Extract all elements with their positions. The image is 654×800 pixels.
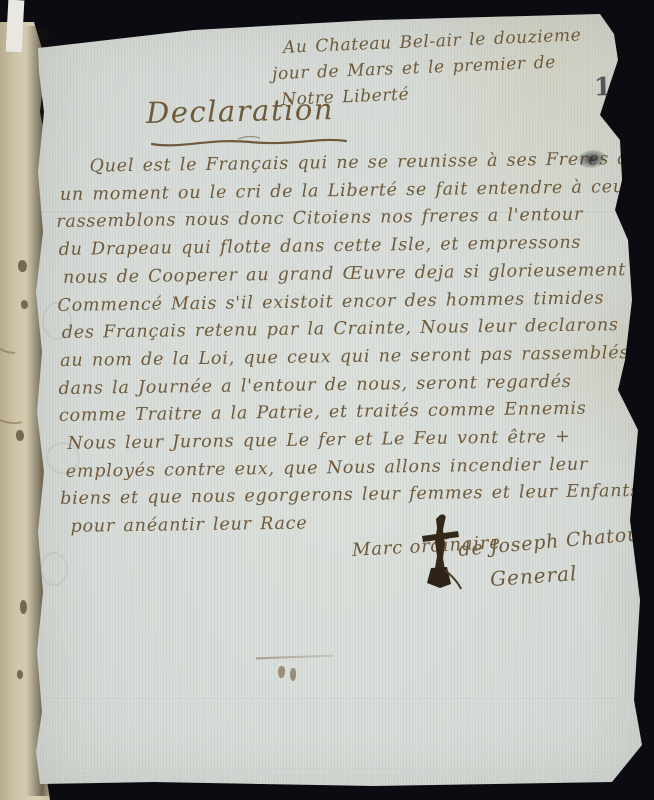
manuscript-scan: Au Chateau Bel-air le douzieme jour de M… bbox=[0, 0, 654, 800]
faded-ink-mark bbox=[256, 655, 334, 660]
faded-ink-dot bbox=[278, 666, 285, 678]
fold-line bbox=[34, 698, 644, 700]
signature-cross-mark-icon bbox=[418, 512, 462, 590]
bleed-through-mark bbox=[40, 552, 68, 586]
document-title: Declaration bbox=[146, 92, 335, 130]
title-underline-flourish bbox=[150, 134, 350, 150]
faded-ink-dot bbox=[290, 668, 296, 681]
manuscript-page: Au Chateau Bel-air le douzieme jour de M… bbox=[34, 12, 644, 790]
fold-line bbox=[34, 768, 644, 770]
folio-number-stamp: 16 bbox=[594, 72, 635, 102]
signature-rank: General bbox=[489, 561, 578, 591]
declaration-body: Quel est le Français qui ne se reunisse … bbox=[55, 146, 632, 542]
ink-spot bbox=[16, 430, 24, 441]
page-edge-sliver bbox=[6, 0, 25, 52]
ink-spot bbox=[17, 670, 23, 679]
